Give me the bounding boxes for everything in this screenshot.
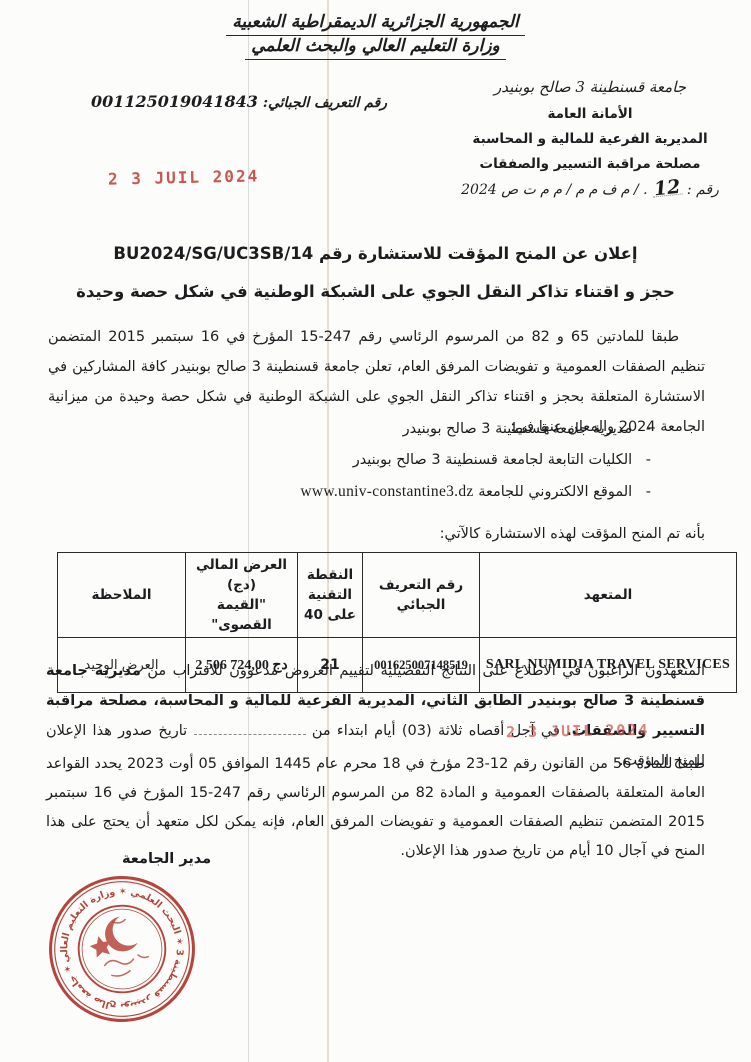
publication-locations-list: - مديرية جامعة قسنطينة 3 صالح بوبنيدر - … [181, 414, 651, 508]
tax-identification-line: رقم التعريف الجبائي: 001125019041843 [55, 92, 387, 111]
award-date-stamp: 2 3 JUIL 2024 [506, 721, 650, 742]
award-intro-line: بأنه تم المنح المؤقت لهذه الاستشارة كالآ… [48, 526, 705, 542]
legal-basis-paragraph: طبقا للمادة 56 من القانون رقم 12-23 مؤرخ… [46, 750, 705, 866]
column-header-tenderer: المتعهد [480, 553, 737, 638]
tax-id-label: رقم التعريف الجبائي: [263, 95, 387, 111]
reference-prefix: رقم : [687, 182, 719, 198]
bullet-dash: - [646, 452, 651, 468]
table-header-row: المتعهد رقم التعريف الجبائي النقطة التقن… [58, 553, 737, 638]
university-seal-stamp: جامعة صالح بوبنيدر قسنطينة 3 ✶ البحث الع… [28, 850, 216, 1048]
general-secretariat: الأمانة العامة [437, 106, 743, 122]
announcement-title: إعلان عن المنح المؤقت للاستشارة رقم BU20… [55, 235, 696, 311]
reference-suffix: . / م ف م م / م م ت ص 2024 [461, 182, 647, 198]
column-header-note: الملاحظة [58, 553, 186, 638]
title-line-1: إعلان عن المنح المؤقت للاستشارة رقم BU20… [55, 235, 696, 273]
bullet-dash: - [646, 421, 651, 437]
publication-location-2: الكليات التابعة لجامعة قسنطينة 3 صالح بو… [353, 452, 632, 468]
list-item: - الكليات التابعة لجامعة قسنطينة 3 صالح … [181, 445, 651, 476]
university-website-url: www.univ-constantine3.dz [300, 483, 473, 500]
date-blank-line [194, 721, 306, 735]
national-header: الجمهورية الجزائرية الديمقراطية الشعبية … [0, 12, 751, 60]
republic-line: الجمهورية الجزائرية الديمقراطية الشعبية [226, 12, 525, 36]
title-line-2: حجز و اقتناء تذاكر النقل الجوي على الشبك… [55, 273, 696, 311]
sub-directorate: المديرية الفرعية للمالية و المحاسبة [437, 131, 743, 147]
column-header-technical-score: النقطة التقنية على 40 [298, 553, 363, 638]
column-header-tax-id: رقم التعريف الجبائي [363, 553, 480, 638]
results-text-normal-1: المتعهدون الراغبون في الاطلاع على النتائ… [141, 663, 705, 679]
crescent-star-emblem-icon [85, 914, 139, 959]
service-name: مصلحة مراقبة التسيير والصفقات [437, 156, 743, 172]
list-item: - الموقع الالكتروني للجامعة www.univ-con… [181, 476, 651, 508]
column-header-financial-offer: العرض المالي (دج) "القيمة القصوى" [186, 553, 298, 638]
university-name: جامعة قسنطينة 3 صالح بوبنيدر [437, 78, 743, 96]
ministry-line: وزارة التعليم العالي والبحث العلمي [245, 36, 506, 60]
website-label: الموقع الالكتروني للجامعة [478, 484, 632, 500]
official-document-page: الجمهورية الجزائرية الديمقراطية الشعبية … [0, 0, 751, 1062]
issuing-organization-block: جامعة قسنطينة 3 صالح بوبنيدر الأمانة الع… [437, 78, 743, 198]
publication-location-1: مديرية جامعة قسنطينة 3 صالح بوبنيدر [403, 421, 633, 437]
date-received-stamp: 2 3 JUIL 2024 [108, 166, 260, 188]
list-item: - مديرية جامعة قسنطينة 3 صالح بوبنيدر [181, 414, 651, 445]
bullet-dash: - [646, 484, 651, 500]
tax-id-value: 001125019041843 [91, 92, 258, 111]
reference-number-line: رقم : 12 . / م ف م م / م م ت ص 2024 [437, 181, 743, 198]
handwritten-reference-number: 12 [651, 179, 683, 197]
